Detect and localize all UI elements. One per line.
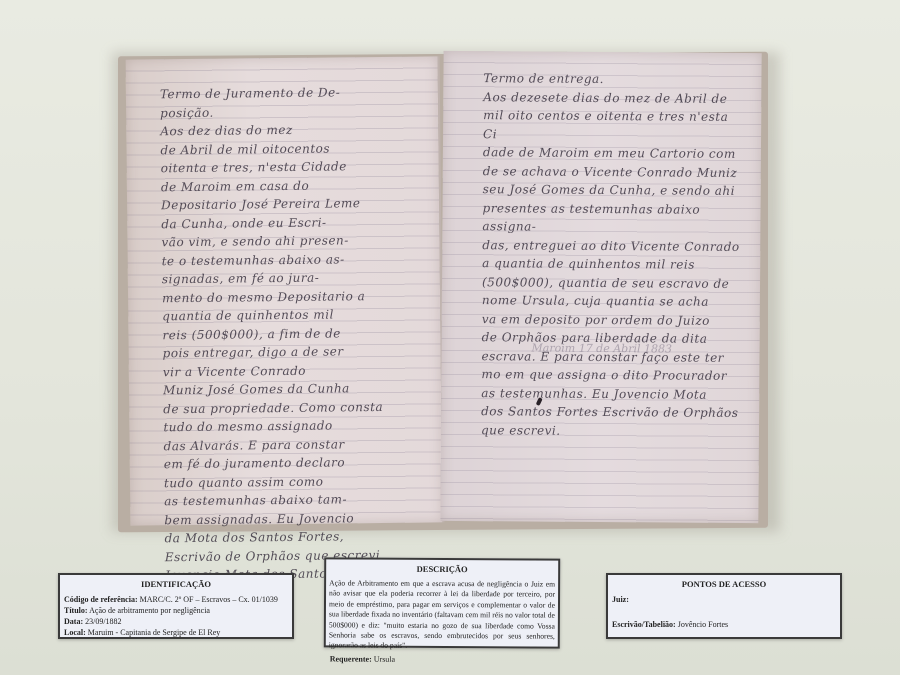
clerk-value: Jovêncio Fortes — [678, 620, 728, 629]
location-label: Local: — [64, 628, 86, 637]
identification-title: IDENTIFICAÇÃO — [60, 579, 292, 590]
requester-value: Ursula — [374, 654, 395, 663]
reference-code-value: MARC/C. 2º OF – Escravos – Cx. 01/1039 — [140, 595, 278, 604]
right-page-handwriting: Termo de entrega. Aos dezesete dias do m… — [481, 69, 746, 441]
date-value: 23/09/1882 — [85, 617, 121, 626]
faded-note: Maroim 17 de Abril 1883 — [532, 342, 673, 356]
date-row: Data: 23/09/1882 — [60, 616, 292, 627]
identification-label: IDENTIFICAÇÃO Código de referência: MARC… — [58, 573, 294, 639]
reference-code-label: Código de referência: — [64, 595, 138, 604]
description-title: DESCRIÇÃO — [326, 563, 558, 575]
description-label: DESCRIÇÃO Ação de Arbitramento em que a … — [324, 557, 560, 648]
clerk-label: Escrivão/Tabelião: — [612, 620, 676, 629]
title-label: Título: — [64, 606, 88, 615]
judge-row: Juiz: — [608, 594, 840, 605]
access-points-label: PONTOS DE ACESSO Juiz: Escrivão/Tabelião… — [606, 573, 842, 639]
manuscript-right-page: Termo de entrega. Aos dezesete dias do m… — [440, 51, 761, 523]
manuscript-left-page: Termo de Juramento de De- posição. Aos d… — [126, 56, 445, 525]
judge-label: Juiz: — [612, 595, 629, 604]
left-page-handwriting: Termo de Juramento de De- posição. Aos d… — [160, 83, 415, 585]
requester-row: Requerente: Ursula — [326, 653, 558, 665]
location-row: Local: Maruim - Capitania de Sergipe de … — [60, 627, 292, 638]
reference-code-row: Código de referência: MARC/C. 2º OF – Es… — [60, 594, 292, 605]
requester-label: Requerente: — [330, 654, 372, 663]
title-value: Ação de arbitramento por negligência — [89, 606, 210, 615]
location-value: Maruim - Capitania de Sergipe de El Rey — [88, 628, 220, 637]
description-body: Ação de Arbitramento em que a escrava ac… — [326, 578, 558, 652]
date-label: Data: — [64, 617, 83, 626]
clerk-row: Escrivão/Tabelião: Jovêncio Fortes — [608, 619, 840, 630]
title-row: Título: Ação de arbitramento por negligê… — [60, 605, 292, 616]
access-points-title: PONTOS DE ACESSO — [608, 579, 840, 590]
